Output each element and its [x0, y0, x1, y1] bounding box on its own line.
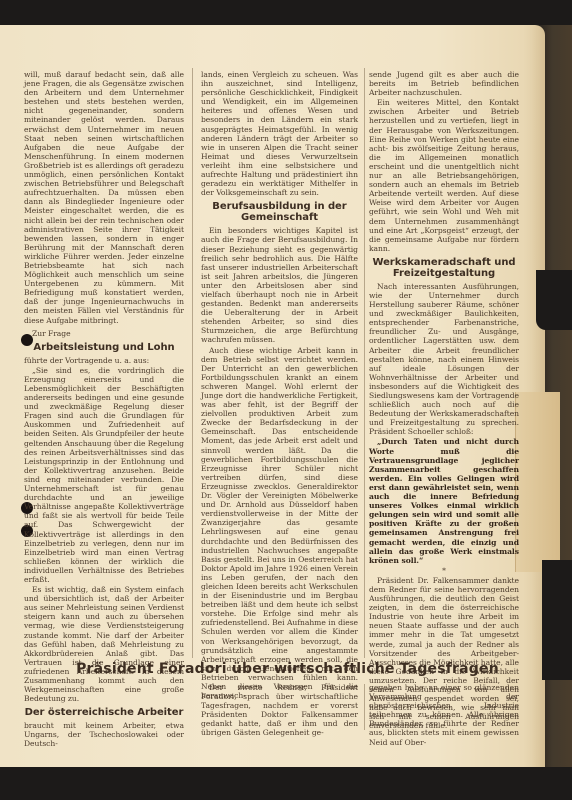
article-paragraph: Der zweite Redner, Präsident Foradori, s…: [201, 683, 358, 738]
article-paragraph: Ein besonders wichtiges Kapitel ist auch…: [201, 226, 358, 344]
article-paragraph: sende Jugend gilt es aber auch die berei…: [369, 70, 519, 97]
article-paragraph: „Sie sind es, die vordringlich die Erzeu…: [24, 366, 184, 584]
torn-edge: [542, 560, 572, 680]
folded-flap: [515, 392, 560, 572]
banner-column-2: gegeben habe, an einer so glänzenden Ver…: [369, 683, 519, 747]
torn-edge: [536, 270, 572, 330]
quote-paragraph: „Durch Taten und nicht durch Worte muß d…: [369, 437, 519, 564]
section-heading: Berufsausbildung in der Gemeinschaft: [201, 201, 358, 223]
article-paragraph: führte der Vortragende u. a. aus:: [24, 356, 184, 365]
article-paragraph: will, muß darauf bedacht sein, daß alle …: [24, 70, 184, 325]
banner-column-1: Der zweite Redner, Präsident Foradori, s…: [201, 683, 358, 738]
column-1: will, muß darauf bedacht sein, daß alle …: [24, 70, 184, 750]
article-paragraph: Ein weiteres Mittel, den Kontakt zwische…: [369, 98, 519, 253]
article-paragraph: lands, einen Vergleich zu scheuen. Was i…: [201, 70, 358, 197]
section-heading: Der österreichische Arbeiter: [24, 707, 184, 718]
column-rule: [364, 68, 365, 658]
article-paragraph: Auch diese wichtige Arbeit kann in dem B…: [201, 346, 358, 701]
column-2: lands, einen Vergleich zu scheuen. Was i…: [201, 70, 358, 701]
kicker: Zur Frage: [24, 329, 184, 338]
section-heading: Arbeitsleistung und Lohn: [24, 342, 184, 353]
article-paragraph: gegeben habe, an einer so glänzenden Ver…: [369, 683, 519, 747]
column-3: sende Jugend gilt es aber auch die berei…: [369, 70, 519, 731]
separator: *: [369, 566, 519, 575]
article-paragraph: Es ist wichtig, daß ein System einfach u…: [24, 585, 184, 703]
column-rule: [364, 684, 365, 730]
article-paragraph: braucht mit keinem Arbeiter, etwa Ungarn…: [24, 721, 184, 748]
article-paragraph: Nach interessanten Ausführungen, wie der…: [369, 282, 519, 437]
banner-headline: Präsident Foradori über wirtschaftliche …: [40, 661, 535, 677]
column-rule: [192, 68, 193, 658]
section-heading: Werkskameradschaft und Freizeitgestaltun…: [369, 257, 519, 279]
